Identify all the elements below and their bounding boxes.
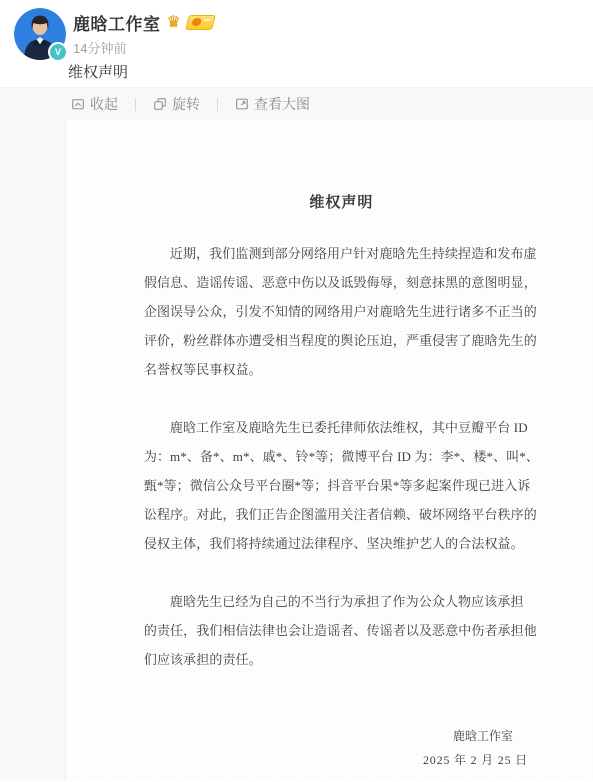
document-line: 的责任，我们相信法律也会让造谣者、传谣者以及恶意中伤者承担他 — [144, 616, 539, 645]
verified-v-icon: V — [48, 42, 68, 62]
document-paragraph: 鹿晗先生已经为自己的不当行为承担了作为公众人物应该承担的责任，我们相信法律也会让… — [144, 587, 539, 674]
post-timestamp: 14分钟前 — [73, 38, 126, 57]
toolbar-divider — [135, 98, 136, 111]
view-large-image-icon — [235, 97, 249, 111]
vip-badge-dot — [191, 18, 202, 26]
post-header: V 鹿晗工作室 ♛ 14分钟前 维权声明 — [0, 0, 593, 87]
statement-image[interactable]: 维权声明 近期，我们监测到部分网络用户针对鹿晗先生持续捏造和发布虚假信息、造谣传… — [0, 120, 593, 781]
statement-document: 维权声明 近期，我们监测到部分网络用户针对鹿晗先生持续捏造和发布虚假信息、造谣传… — [66, 120, 593, 781]
rotate-button[interactable]: 旋转 — [153, 94, 200, 114]
document-line: 讼程序。对此，我们正告企图滥用关注者信赖、破坏网络平台秩序的 — [144, 500, 539, 529]
document-line: 侵权主体，我们将持续通过法律程序、坚决维护艺人的合法权益。 — [144, 529, 539, 558]
collapse-label: 收起 — [90, 94, 118, 114]
vip-level-badge-icon — [185, 15, 216, 30]
post-text: 维权声明 — [68, 61, 128, 82]
document-line: 们应该承担的责任。 — [144, 645, 539, 674]
collapse-button[interactable]: 收起 — [71, 94, 118, 114]
image-toolbar: 收起 旋转 查看大图 — [0, 87, 593, 120]
document-line: 企图误导公众，引发不知情的网络用户对鹿晗先生进行诸多不正当的 — [144, 297, 539, 326]
collapse-image-icon — [71, 97, 85, 111]
document-line: 近期，我们监测到部分网络用户针对鹿晗先生持续捏造和发布虚 — [144, 239, 539, 268]
rotate-image-icon — [153, 97, 167, 111]
vip-badge-shine — [203, 19, 210, 21]
crown-icon: ♛ — [167, 15, 181, 31]
document-signature: 鹿晗工作室 — [144, 725, 539, 747]
view-large-button[interactable]: 查看大图 — [235, 94, 310, 114]
document-line: 假信息、造谣传谣、恶意中伤以及诋毁侮辱，刻意抹黑的意图明显， — [144, 268, 539, 297]
document-line: 评价，粉丝群体亦遭受相当程度的舆论压迫，严重侵害了鹿晗先生的 — [144, 326, 539, 355]
document-body: 近期，我们监测到部分网络用户针对鹿晗先生持续捏造和发布虚假信息、造谣传谣、恶意中… — [144, 239, 539, 674]
document-line: 甄*等；微信公众号平台圈*等；抖音平台果*等多起案件现已进入诉 — [144, 471, 539, 500]
document-line: 名誉权等民事权益。 — [144, 355, 539, 384]
weibo-post-page: V 鹿晗工作室 ♛ 14分钟前 维权声明 收起 — [0, 0, 593, 782]
username[interactable]: 鹿晗工作室 — [73, 10, 161, 35]
document-line: 鹿晗先生已经为自己的不当行为承担了作为公众人物应该承担 — [144, 587, 539, 616]
document-date: 2025 年 2 月 25 日 — [144, 747, 539, 773]
document-title: 维权声明 — [144, 191, 539, 212]
rotate-label: 旋转 — [172, 94, 200, 114]
document-paragraph: 鹿晗工作室及鹿晗先生已委托律师依法维权，其中豆瓣平台 ID为：m*、备*、m*、… — [144, 413, 539, 558]
name-row: 鹿晗工作室 ♛ — [73, 10, 214, 35]
document-line: 鹿晗工作室及鹿晗先生已委托律师依法维权，其中豆瓣平台 ID — [144, 413, 539, 442]
avatar[interactable]: V — [14, 8, 66, 60]
image-left-gutter — [0, 120, 66, 781]
view-large-label: 查看大图 — [254, 94, 310, 114]
toolbar-divider — [217, 98, 218, 111]
document-paragraph: 近期，我们监测到部分网络用户针对鹿晗先生持续捏造和发布虚假信息、造谣传谣、恶意中… — [144, 239, 539, 384]
document-line: 为：m*、备*、m*、戚*、铃*等；微博平台 ID 为：李*、楼*、叫*、 — [144, 442, 539, 471]
